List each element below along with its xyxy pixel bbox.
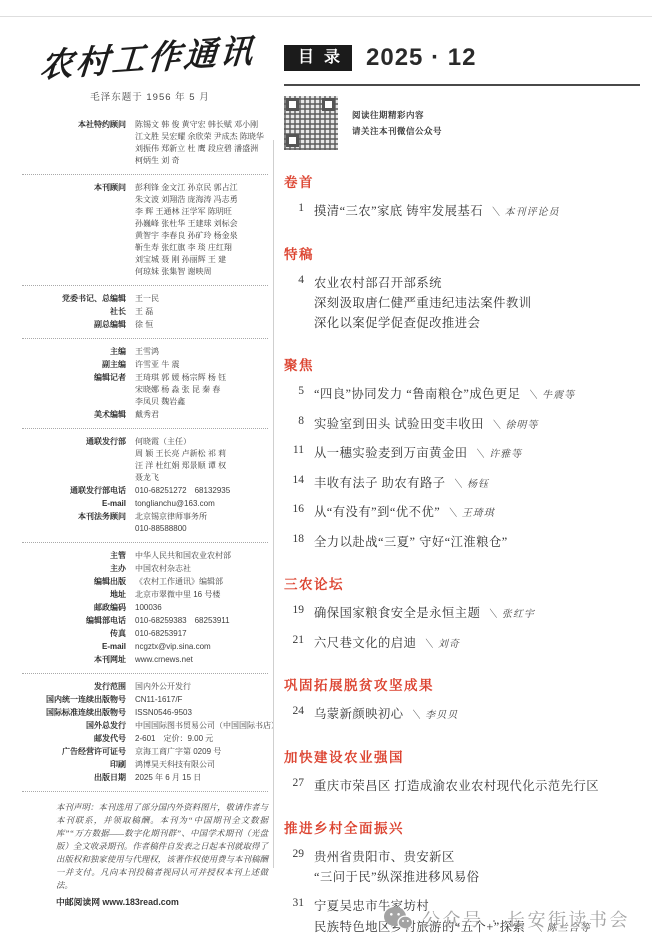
qr-caption: 阅读往期精彩内容 请关注本刊微信公众号 — [352, 107, 442, 139]
toc-entry-title: 摸清“三农”家底 铸牢发展基石＼ 本刊评论员 — [314, 201, 640, 222]
info-line: 何琼妹 张集智 谢映周 — [135, 266, 268, 278]
toc-entry-page-number: 8 — [284, 414, 314, 427]
info-value: 中华人民共和国农业农村部 — [135, 550, 268, 562]
toc-entry-title: 重庆市荣昌区 打造成渝农业农村现代化示范先行区 — [314, 776, 640, 796]
info-label: 印刷 — [22, 759, 135, 771]
info-line: www.crnews.net — [135, 654, 268, 666]
info-row: 主管中华人民共和国农业农村部 — [22, 550, 268, 562]
info-row: 邮政编码100036 — [22, 602, 268, 614]
info-line: 黄智宇 李春良 孙矿玲 杨金泉 — [135, 230, 268, 242]
info-row: 编辑出版《农村工作通讯》编辑部 — [22, 576, 268, 588]
info-value: 彭利锋 金文江 孙京民 郭占江朱文波 刘翔浩 庞海涛 冯志勇李 辉 王通林 汪学… — [135, 182, 268, 278]
toc-entry-line: 丰收有法子 助农有路子＼ 杨钰 — [314, 473, 640, 494]
info-row: 发行范围国内外公开发行 — [22, 681, 268, 693]
info-value: 2-601 定价：9.00 元 — [135, 733, 268, 745]
qr-finder-pattern — [286, 98, 299, 111]
toc-entry-title: 从“有没有”到“优不优”＼ 王琦琪 — [314, 502, 640, 523]
toc-entry-page-number: 19 — [284, 603, 314, 616]
info-label: 编辑部电话 — [22, 615, 135, 627]
info-label: 编辑记者 — [22, 372, 135, 384]
toc-entry-line: 从一穗实验麦到万亩黄金田＼ 许雅等 — [314, 443, 640, 464]
dotted-separator — [22, 542, 268, 543]
info-row: 社长王 磊 — [22, 306, 268, 318]
info-value: 王一民 — [135, 293, 268, 305]
toc-entry-page-number: 5 — [284, 384, 314, 397]
info-label: 通联发行部 — [22, 436, 135, 448]
toc-entry-page-number: 18 — [284, 532, 314, 545]
toc-entry[interactable]: 19确保国家粮食安全是永恒主题＼ 张红宇 — [284, 603, 640, 624]
info-label: 主管 — [22, 550, 135, 562]
toc-entry-page-number: 11 — [284, 443, 314, 456]
info-label: 美术编辑 — [22, 409, 135, 421]
dotted-separator — [22, 673, 268, 674]
info-line: 中国农村杂志社 — [135, 563, 268, 575]
info-line: 何晓霞（主任） — [135, 436, 268, 448]
info-label: 邮发代号 — [22, 733, 135, 745]
info-row: 本刊法务顾问北京锡京律师事务所010-88588800 — [22, 511, 268, 535]
info-line: 010-88588800 — [135, 523, 268, 535]
info-line: 中华人民共和国农业农村部 — [135, 550, 268, 562]
info-line: ISSN0546-9503 — [135, 707, 268, 719]
issue-number: 2025 · 12 — [366, 44, 476, 72]
info-row: 地址北京市翠微中里 16 号楼 — [22, 589, 268, 601]
info-row: 广告经营许可证号京海工商广字第 0209 号 — [22, 746, 268, 758]
info-line: 王一民 — [135, 293, 268, 305]
info-line: 100036 — [135, 602, 268, 614]
info-row: 通联发行部电话010-68251272 68132935 — [22, 485, 268, 497]
info-row: 本刊顾问彭利锋 金文江 孙京民 郭占江朱文波 刘翔浩 庞海涛 冯志勇李 辉 王通… — [22, 182, 268, 278]
info-line: 王 磊 — [135, 306, 268, 318]
info-line: 李凤贝 魏岩鑫 — [135, 396, 268, 408]
toc-entry-line: 摸清“三农”家底 铸牢发展基石＼ 本刊评论员 — [314, 201, 640, 222]
info-value: CN11-1617/F — [135, 694, 268, 706]
info-row: 副总编辑徐 恒 — [22, 319, 268, 331]
info-line: 江文胜 吴宏耀 余欣荣 尹成杰 陈晓华 — [135, 131, 268, 143]
column-divider — [273, 140, 274, 868]
info-row: 传真010-68253917 — [22, 628, 268, 640]
info-line: 王雪鸿 — [135, 346, 268, 358]
toc-entry-line: 农业农村部召开部系统 — [314, 273, 640, 293]
toc-entry[interactable]: 24乌蒙新颜映初心＼ 李贝贝 — [284, 704, 640, 725]
info-line: 孙巍峰 张杜华 王建球 刘标会 — [135, 218, 268, 230]
info-line: 中国国际图书贸易公司（中国国际书店） — [135, 720, 279, 732]
toc-entry-page-number: 21 — [284, 633, 314, 646]
toc-entry-line: 乌蒙新颜映初心＼ 李贝贝 — [314, 704, 640, 725]
copyright-statement: 本刊声明：本刊选用了部分国内外资料图片，敬请作者与本刊联系，并领取稿酬。本刊为“… — [22, 801, 268, 892]
section-heading: 推进乡村全面振兴 — [284, 817, 640, 837]
toc-entry-line: 全力以赴战“三夏” 守好“江淮粮仓” — [314, 532, 640, 552]
info-label: 本刊法务顾问 — [22, 511, 135, 523]
toc-entry-line: 深化以案促学促查促改推进会 — [314, 313, 640, 333]
info-label: E-mail — [22, 641, 135, 653]
qr-caption-line1: 阅读往期精彩内容 — [352, 107, 442, 123]
info-row: 本刊网址www.crnews.net — [22, 654, 268, 666]
calligraphy-note: 毛泽东题于 1956 年 5 月 — [32, 89, 268, 103]
toc-entry-author: ＼ 许雅等 — [475, 449, 523, 460]
dotted-separator — [22, 285, 268, 286]
info-value: 陈锡文 韩 俊 黄守宏 韩长赋 邓小刚江文胜 吴宏耀 余欣荣 尹成杰 陈晓华刘振… — [135, 119, 268, 167]
qr-caption-line2: 请关注本刊微信公众号 — [352, 123, 442, 139]
info-line: 北京市翠微中里 16 号楼 — [135, 589, 268, 601]
info-label: 国外总发行 — [22, 720, 135, 732]
toc-entry-page-number: 27 — [284, 776, 314, 789]
toc-entry-line: 六尺巷文化的启迪＼ 刘奇 — [314, 633, 640, 654]
toc-entry-page-number: 14 — [284, 473, 314, 486]
toc-entry-title: 确保国家粮食安全是永恒主题＼ 张红宇 — [314, 603, 640, 624]
info-line: 周 颖 王长亮 卢新松 祁 莉 — [135, 448, 268, 460]
toc-entry-author: ＼ 徐明等 — [491, 420, 539, 431]
info-value: 2025 年 6 月 15 日 — [135, 772, 268, 784]
toc-entry-page-number: 4 — [284, 273, 314, 286]
info-label: 国内统一连续出版物号 — [22, 694, 135, 706]
toc-entry-author: ＼ 张红宇 — [487, 609, 535, 620]
info-line: 柯炳生 刘 奇 — [135, 155, 268, 167]
info-line: 010-68259383 68253911 — [135, 615, 268, 627]
info-label: 本刊网址 — [22, 654, 135, 666]
info-value: tonglianchu@163.com — [135, 498, 268, 510]
info-value: 何晓霞（主任）周 颖 王长亮 卢新松 祁 莉汪 洋 杜红娟 郑景顺 谭 权聂龙飞 — [135, 436, 268, 484]
info-row: 印刷鸿博昊天科技有限公司 — [22, 759, 268, 771]
info-row: 出版日期2025 年 6 月 15 日 — [22, 772, 268, 784]
wechat-icon — [383, 906, 413, 932]
info-line: 2025 年 6 月 15 日 — [135, 772, 268, 784]
toc-entry-page-number: 31 — [284, 896, 314, 909]
section-heading: 聚焦 — [284, 354, 640, 374]
info-value: 中国农村杂志社 — [135, 563, 268, 575]
info-value: 010-68251272 68132935 — [135, 485, 268, 497]
info-line: 戴秀君 — [135, 409, 268, 421]
toc-entry-line: 实验室到田头 试验田变丰收田＼ 徐明等 — [314, 414, 640, 435]
dotted-separator — [22, 791, 268, 792]
toc-entry-title: 实验室到田头 试验田变丰收田＼ 徐明等 — [314, 414, 640, 435]
info-value: 国内外公开发行 — [135, 681, 268, 693]
info-line: 北京锡京律师事务所 — [135, 511, 268, 523]
info-label: 副总编辑 — [22, 319, 135, 331]
info-row: E-mailtonglianchu@163.com — [22, 498, 268, 510]
info-row: 副主编许雪亚 牛 震 — [22, 359, 268, 371]
info-line: 刘振伟 郑新立 杜 鹰 段应碧 潘盛洲 — [135, 143, 268, 155]
masthead-info: 本社特约顾问陈锡文 韩 俊 黄守宏 韩长赋 邓小刚江文胜 吴宏耀 余欣荣 尹成杰… — [22, 119, 268, 792]
info-label: 编辑出版 — [22, 576, 135, 588]
info-value: 京海工商广字第 0209 号 — [135, 746, 268, 758]
section-heading: 卷首 — [284, 171, 640, 191]
magazine-title-calligraphy: 农村工作通讯 — [39, 24, 270, 87]
toc-entry[interactable]: 11从一穗实验麦到万亩黄金田＼ 许雅等 — [284, 443, 640, 464]
section-heading: 巩固拓展脱贫攻坚成果 — [284, 674, 640, 694]
toc-entry-title: 从一穗实验麦到万亩黄金田＼ 许雅等 — [314, 443, 640, 464]
toc-entry-line: 重庆市荣昌区 打造成渝农业农村现代化示范先行区 — [314, 776, 640, 796]
magazine-contents-page: 农村工作通讯 毛泽东题于 1956 年 5 月 本社特约顾问陈锡文 韩 俊 黄守… — [0, 0, 652, 940]
toc-entry-title: 六尺巷文化的启迪＼ 刘奇 — [314, 633, 640, 654]
info-label: 主编 — [22, 346, 135, 358]
info-value: 许雪亚 牛 震 — [135, 359, 268, 371]
toc-entry-page-number: 16 — [284, 502, 314, 515]
info-value: 100036 — [135, 602, 268, 614]
toc-entry-page-number: 29 — [284, 847, 314, 860]
info-row: 国内统一连续出版物号CN11-1617/F — [22, 694, 268, 706]
info-row: 美术编辑戴秀君 — [22, 409, 268, 421]
info-line: 李 辉 王通林 汪学军 陈明旺 — [135, 206, 268, 218]
info-label: 传真 — [22, 628, 135, 640]
info-line: 陈锡文 韩 俊 黄守宏 韩长赋 邓小刚 — [135, 119, 268, 131]
info-value: 王琦琪 郭 媛 杨宗辉 杨 钰宋晓娜 杨 淼 张 昆 秦 春李凤贝 魏岩鑫 — [135, 372, 268, 408]
info-value: 鸿博昊天科技有限公司 — [135, 759, 268, 771]
info-line: 《农村工作通讯》编辑部 — [135, 576, 268, 588]
info-row: 邮发代号2-601 定价：9.00 元 — [22, 733, 268, 745]
toc-entry-title: 农业农村部召开部系统深刻汲取唐仁健严重违纪违法案件教训深化以案促学促查促改推进会 — [314, 273, 640, 334]
section-heading: 三农论坛 — [284, 573, 640, 593]
toc-sections: 卷首1摸清“三农”家底 铸牢发展基石＼ 本刊评论员特稿4农业农村部召开部系统深刻… — [284, 171, 640, 937]
info-value: 徐 恒 — [135, 319, 268, 331]
info-label: 发行范围 — [22, 681, 135, 693]
qr-code — [284, 96, 338, 150]
contents-label: 目录 — [284, 45, 352, 70]
info-line: 王琦琪 郭 媛 杨宗辉 杨 钰 — [135, 372, 268, 384]
info-value: 戴秀君 — [135, 409, 268, 421]
toc-entry-title: 全力以赴战“三夏” 守好“江淮粮仓” — [314, 532, 640, 552]
info-row: 通联发行部何晓霞（主任）周 颖 王长亮 卢新松 祁 莉汪 洋 杜红娟 郑景顺 谭… — [22, 436, 268, 484]
info-line: 许雪亚 牛 震 — [135, 359, 268, 371]
toc-entry[interactable]: 16从“有没有”到“优不优”＼ 王琦琪 — [284, 502, 640, 523]
info-label: 广告经营许可证号 — [22, 746, 135, 758]
info-label: 邮政编码 — [22, 602, 135, 614]
info-label: E-mail — [22, 498, 135, 510]
info-label: 主办 — [22, 563, 135, 575]
masthead-column: 农村工作通讯 毛泽东题于 1956 年 5 月 本社特约顾问陈锡文 韩 俊 黄守… — [22, 24, 268, 908]
info-label: 国际标准连续出版物号 — [22, 707, 135, 719]
toc-entry-line: “四良”协同发力 “鲁南粮仓”成色更足＼ 牛震等 — [314, 384, 640, 405]
toc-entry-title: 丰收有法子 助农有路子＼ 杨钰 — [314, 473, 640, 494]
toc-entry-author: ＼ 本刊评论员 — [490, 207, 560, 218]
toc-entry-author: ＼ 杨钰 — [453, 479, 490, 490]
toc-entry[interactable]: 29贵州省贵阳市、贵安新区“三问于民”纵深推进移风易俗 — [284, 847, 640, 888]
info-row: E-mailncgztx@vip.sina.com — [22, 641, 268, 653]
qr-block: 阅读往期精彩内容 请关注本刊微信公众号 — [284, 96, 640, 150]
info-label: 副主编 — [22, 359, 135, 371]
info-line: 聂龙飞 — [135, 472, 268, 484]
info-line: 刘宝城 聂 刚 孙丽辉 王 建 — [135, 254, 268, 266]
info-value: 北京市翠微中里 16 号楼 — [135, 589, 268, 601]
toc-entry-author: ＼ 王琦琪 — [447, 508, 495, 519]
toc-entry-line: “三问于民”纵深推进移风易俗 — [314, 867, 640, 887]
toc-entry-title: “四良”协同发力 “鲁南粮仓”成色更足＼ 牛震等 — [314, 384, 640, 405]
toc-entry-line: 从“有没有”到“优不优”＼ 王琦琪 — [314, 502, 640, 523]
toc-entry-page-number: 24 — [284, 704, 314, 717]
info-label: 通联发行部电话 — [22, 485, 135, 497]
info-row: 编辑记者王琦琪 郭 媛 杨宗辉 杨 钰宋晓娜 杨 淼 张 昆 秦 春李凤贝 魏岩… — [22, 372, 268, 408]
section-heading: 特稿 — [284, 243, 640, 263]
footer-account: 公众号 · 长安街读书会 — [383, 906, 630, 932]
toc-entry[interactable]: 27重庆市荣昌区 打造成渝农业农村现代化示范先行区 — [284, 776, 640, 796]
info-line: 宋晓娜 杨 淼 张 昆 秦 春 — [135, 384, 268, 396]
info-label: 地址 — [22, 589, 135, 601]
info-line: 汪 洋 杜红娟 郑景顺 谭 权 — [135, 460, 268, 472]
info-label: 社长 — [22, 306, 135, 318]
info-value: ncgztx@vip.sina.com — [135, 641, 268, 653]
info-line: 国内外公开发行 — [135, 681, 268, 693]
toc-header: 目录 2025 · 12 — [284, 44, 640, 86]
toc-entry-author: ＼ 李贝贝 — [411, 710, 459, 721]
toc-entry[interactable]: 21六尺巷文化的启迪＼ 刘奇 — [284, 633, 640, 654]
toc-entry[interactable]: 14丰收有法子 助农有路子＼ 杨钰 — [284, 473, 640, 494]
info-row: 国际标准连续出版物号ISSN0546-9503 — [22, 707, 268, 719]
info-row: 党委书记、总编辑王一民 — [22, 293, 268, 305]
toc-entry-line: 确保国家粮食安全是永恒主题＼ 张红宇 — [314, 603, 640, 624]
info-value: www.crnews.net — [135, 654, 268, 666]
info-line: tonglianchu@163.com — [135, 498, 268, 510]
toc-entry[interactable]: 4农业农村部召开部系统深刻汲取唐仁健严重违纪违法案件教训深化以案促学促查促改推进… — [284, 273, 640, 334]
info-label: 本刊顾问 — [22, 182, 135, 194]
dotted-separator — [22, 338, 268, 339]
info-line: 2-601 定价：9.00 元 — [135, 733, 268, 745]
section-heading: 加快建设农业强国 — [284, 746, 640, 766]
info-line: 京海工商广字第 0209 号 — [135, 746, 268, 758]
info-value: ISSN0546-9503 — [135, 707, 268, 719]
info-value: 王 磊 — [135, 306, 268, 318]
info-value: 010-68259383 68253911 — [135, 615, 268, 627]
info-line: 朱文波 刘翔浩 庞海涛 冯志勇 — [135, 194, 268, 206]
info-label: 本社特约顾问 — [22, 119, 135, 131]
info-label: 出版日期 — [22, 772, 135, 784]
info-row: 本社特约顾问陈锡文 韩 俊 黄守宏 韩长赋 邓小刚江文胜 吴宏耀 余欣荣 尹成杰… — [22, 119, 268, 167]
toc-entry[interactable]: 18全力以赴战“三夏” 守好“江淮粮仓” — [284, 532, 640, 552]
toc-column: 目录 2025 · 12 阅读往期精彩内容 请关注本刊微信公众号 卷首1摸清“三… — [284, 44, 640, 940]
toc-entry[interactable]: 1摸清“三农”家底 铸牢发展基石＼ 本刊评论员 — [284, 201, 640, 222]
page-top-edge — [0, 16, 652, 17]
info-row: 编辑部电话010-68259383 68253911 — [22, 615, 268, 627]
dotted-separator — [22, 174, 268, 175]
toc-entry[interactable]: 5“四良”协同发力 “鲁南粮仓”成色更足＼ 牛震等 — [284, 384, 640, 405]
toc-entry-page-number: 1 — [284, 201, 314, 214]
info-line: 010-68251272 68132935 — [135, 485, 268, 497]
info-value: 北京锡京律师事务所010-88588800 — [135, 511, 268, 535]
info-value: 《农村工作通讯》编辑部 — [135, 576, 268, 588]
dotted-separator — [22, 428, 268, 429]
info-value: 中国国际图书贸易公司（中国国际书店） — [135, 720, 279, 732]
info-line: 010-68253917 — [135, 628, 268, 640]
info-value: 王雪鸿 — [135, 346, 268, 358]
info-line: 彭利锋 金文江 孙京民 郭占江 — [135, 182, 268, 194]
footer-account-name: 公众号 · 长安街读书会 — [422, 906, 630, 932]
toc-entry[interactable]: 8实验室到田头 试验田变丰收田＼ 徐明等 — [284, 414, 640, 435]
info-row: 主编王雪鸿 — [22, 346, 268, 358]
info-line: 鸿博昊天科技有限公司 — [135, 759, 268, 771]
info-line: 靳生寿 张红旗 李 琰 庄红翔 — [135, 242, 268, 254]
info-label: 党委书记、总编辑 — [22, 293, 135, 305]
info-line: 徐 恒 — [135, 319, 268, 331]
toc-entry-author: ＼ 牛震等 — [528, 390, 576, 401]
toc-entry-line: 贵州省贵阳市、贵安新区 — [314, 847, 640, 867]
info-row: 国外总发行中国国际图书贸易公司（中国国际书店） — [22, 720, 268, 732]
toc-entry-line: 深刻汲取唐仁健严重违纪违法案件教训 — [314, 293, 640, 313]
toc-entry-author: ＼ 刘奇 — [423, 639, 460, 650]
info-value: 010-68253917 — [135, 628, 268, 640]
info-line: ncgztx@vip.sina.com — [135, 641, 268, 653]
info-line: CN11-1617/F — [135, 694, 268, 706]
reading-site-link: 中邮阅读网 www.183read.com — [22, 895, 268, 908]
toc-entry-title: 乌蒙新颜映初心＼ 李贝贝 — [314, 704, 640, 725]
info-row: 主办中国农村杂志社 — [22, 563, 268, 575]
toc-entry-title: 贵州省贵阳市、贵安新区“三问于民”纵深推进移风易俗 — [314, 847, 640, 888]
